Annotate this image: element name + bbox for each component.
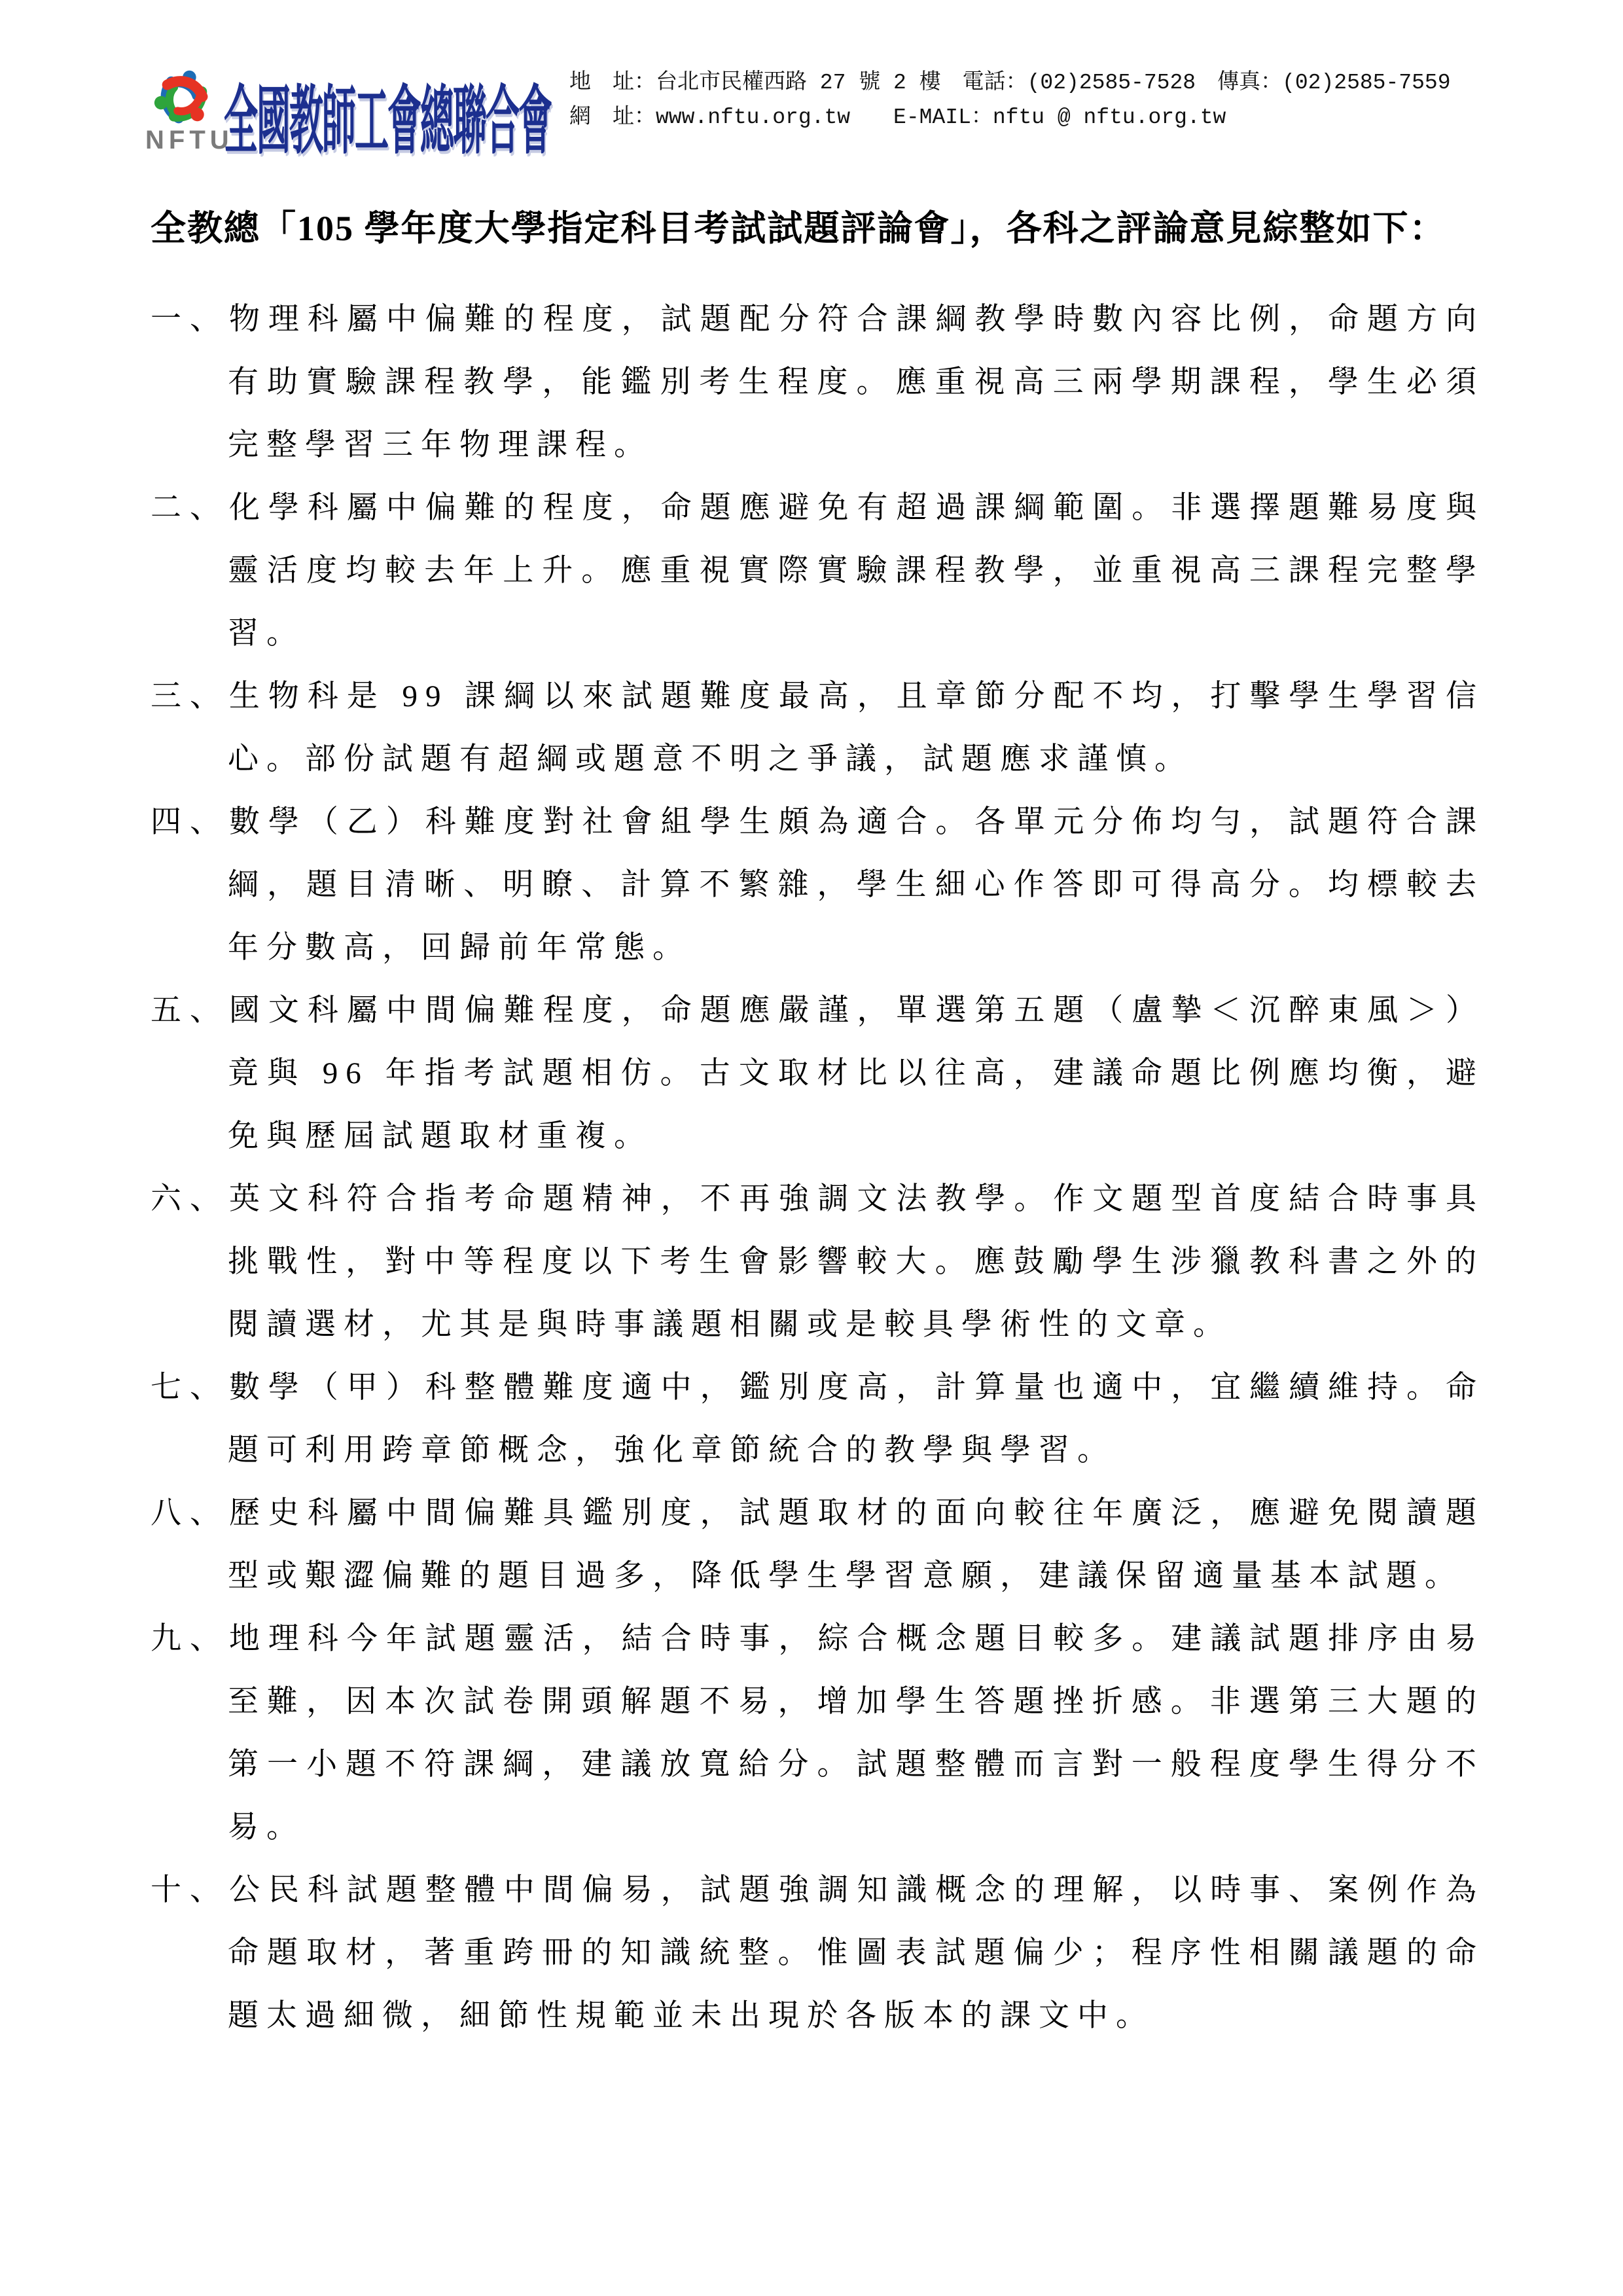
item-text: 數學（甲）科整體難度適中，鑑別度高，計算量也適中，宜繼續維持。命題可利用跨章節概…	[228, 1371, 1484, 1467]
item-text: 化學科屬中偏難的程度，命題應避免有超過課綱範圍。非選擇題難易度與靈活度均較去年上…	[228, 491, 1484, 651]
item-number: 七、	[151, 1371, 229, 1405]
item-text: 生物科是 99 課綱以來試題難度最高，且章節分配不均，打擊學生學習信心。部份試題…	[228, 679, 1484, 776]
document-page: NFTU 全國教師工會總聯合會 地 址：台北市民權西路 27 號 2 樓 電話：…	[0, 0, 1623, 2296]
item-text: 英文科符合指考命題精神，不再強調文法教學。作文題型首度結合時事具挑戰性，對中等程…	[228, 1182, 1484, 1342]
item-text: 歷史科屬中間偏難具鑑別度，試題取材的面向較往年廣泛，應避免閱讀題型或艱澀偏難的題…	[228, 1496, 1484, 1593]
nftu-acronym: NFTU	[145, 126, 234, 155]
list-item-civics: 十、公民科試題整體中間偏易，試題強調知識概念的理解，以時事、案例作為命題取材，著…	[151, 1859, 1484, 2047]
item-text: 公民科試題整體中間偏易，試題強調知識概念的理解，以時事、案例作為命題取材，著重跨…	[228, 1873, 1484, 2033]
item-number: 三、	[151, 679, 229, 713]
list-item-math-a: 七、數學（甲）科整體難度適中，鑑別度高，計算量也適中，宜繼續維持。命題可利用跨章…	[151, 1356, 1484, 1482]
item-number: 十、	[151, 1873, 229, 1907]
list-item-physics: 一、物理科屬中偏難的程度，試題配分符合課綱教學時數內容比例，命題方向有助實驗課程…	[151, 288, 1484, 476]
item-number: 一、	[151, 302, 229, 336]
nftu-emblem-icon	[143, 62, 223, 135]
item-number: 五、	[151, 994, 229, 1028]
nftu-logo: NFTU 全國教師工會總聯合會	[137, 58, 563, 162]
item-text: 數學（乙）科難度對社會組學生頗為適合。各單元分佈均勻，試題符合課綱，題目清晰、明…	[228, 805, 1484, 965]
item-number: 九、	[151, 1622, 229, 1656]
list-item-math-b: 四、數學（乙）科難度對社會組學生頗為適合。各單元分佈均勻，試題符合課綱，題目清晰…	[151, 791, 1484, 979]
item-text: 物理科屬中偏難的程度，試題配分符合課綱教學時數內容比例，命題方向有助實驗課程教學…	[228, 302, 1484, 462]
contact-web-email-line: 網 址：www.nftu.org.tw E-MAIL：nftu @ nftu.o…	[569, 100, 1451, 135]
list-item-biology: 三、生物科是 99 課綱以來試題難度最高，且章節分配不均，打擊學生學習信心。部份…	[151, 665, 1484, 791]
list-item-english: 六、英文科符合指考命題精神，不再強調文法教學。作文題型首度結合時事具挑戰性，對中…	[151, 1168, 1484, 1356]
document-body: 全教總「105 學年度大學指定科目考試試題評論會」，各科之評論意見綜整如下： 一…	[151, 200, 1484, 2047]
document-title: 全教總「105 學年度大學指定科目考試試題評論會」，各科之評論意見綜整如下：	[151, 200, 1484, 257]
list-item-history: 八、歷史科屬中間偏難具鑑別度，試題取材的面向較往年廣泛，應避免閱讀題型或艱澀偏難…	[151, 1482, 1484, 1607]
item-text: 國文科屬中間偏難程度，命題應嚴謹，單選第五題（盧摯＜沉醉東風＞）竟與 96 年指…	[228, 994, 1484, 1153]
item-number: 八、	[151, 1496, 229, 1530]
list-item-chemistry: 二、化學科屬中偏難的程度，命題應避免有超過課綱範圍。非選擇題難易度與靈活度均較去…	[151, 476, 1484, 665]
item-number: 二、	[151, 491, 229, 525]
contact-address-phone-line: 地 址：台北市民權西路 27 號 2 樓 電話：(02)2585-7528 傳真…	[569, 65, 1451, 100]
item-text: 地理科今年試題靈活，結合時事，綜合概念題目較多。建議試題排序由易至難，因本次試卷…	[228, 1622, 1484, 1844]
organization-name: 全國教師工會總聯合會	[224, 60, 551, 168]
letterhead: NFTU 全國教師工會總聯合會 地 址：台北市民權西路 27 號 2 樓 電話：…	[137, 58, 1486, 182]
item-number: 六、	[151, 1182, 229, 1216]
item-number: 四、	[151, 805, 229, 839]
list-item-chinese: 五、國文科屬中間偏難程度，命題應嚴謹，單選第五題（盧摯＜沉醉東風＞）竟與 96 …	[151, 979, 1484, 1168]
list-item-geography: 九、地理科今年試題靈活，結合時事，綜合概念題目較多。建議試題排序由易至難，因本次…	[151, 1607, 1484, 1859]
comment-list: 一、物理科屬中偏難的程度，試題配分符合課綱教學時數內容比例，命題方向有助實驗課程…	[151, 288, 1484, 2047]
contact-info: 地 址：台北市民權西路 27 號 2 樓 電話：(02)2585-7528 傳真…	[569, 65, 1451, 135]
